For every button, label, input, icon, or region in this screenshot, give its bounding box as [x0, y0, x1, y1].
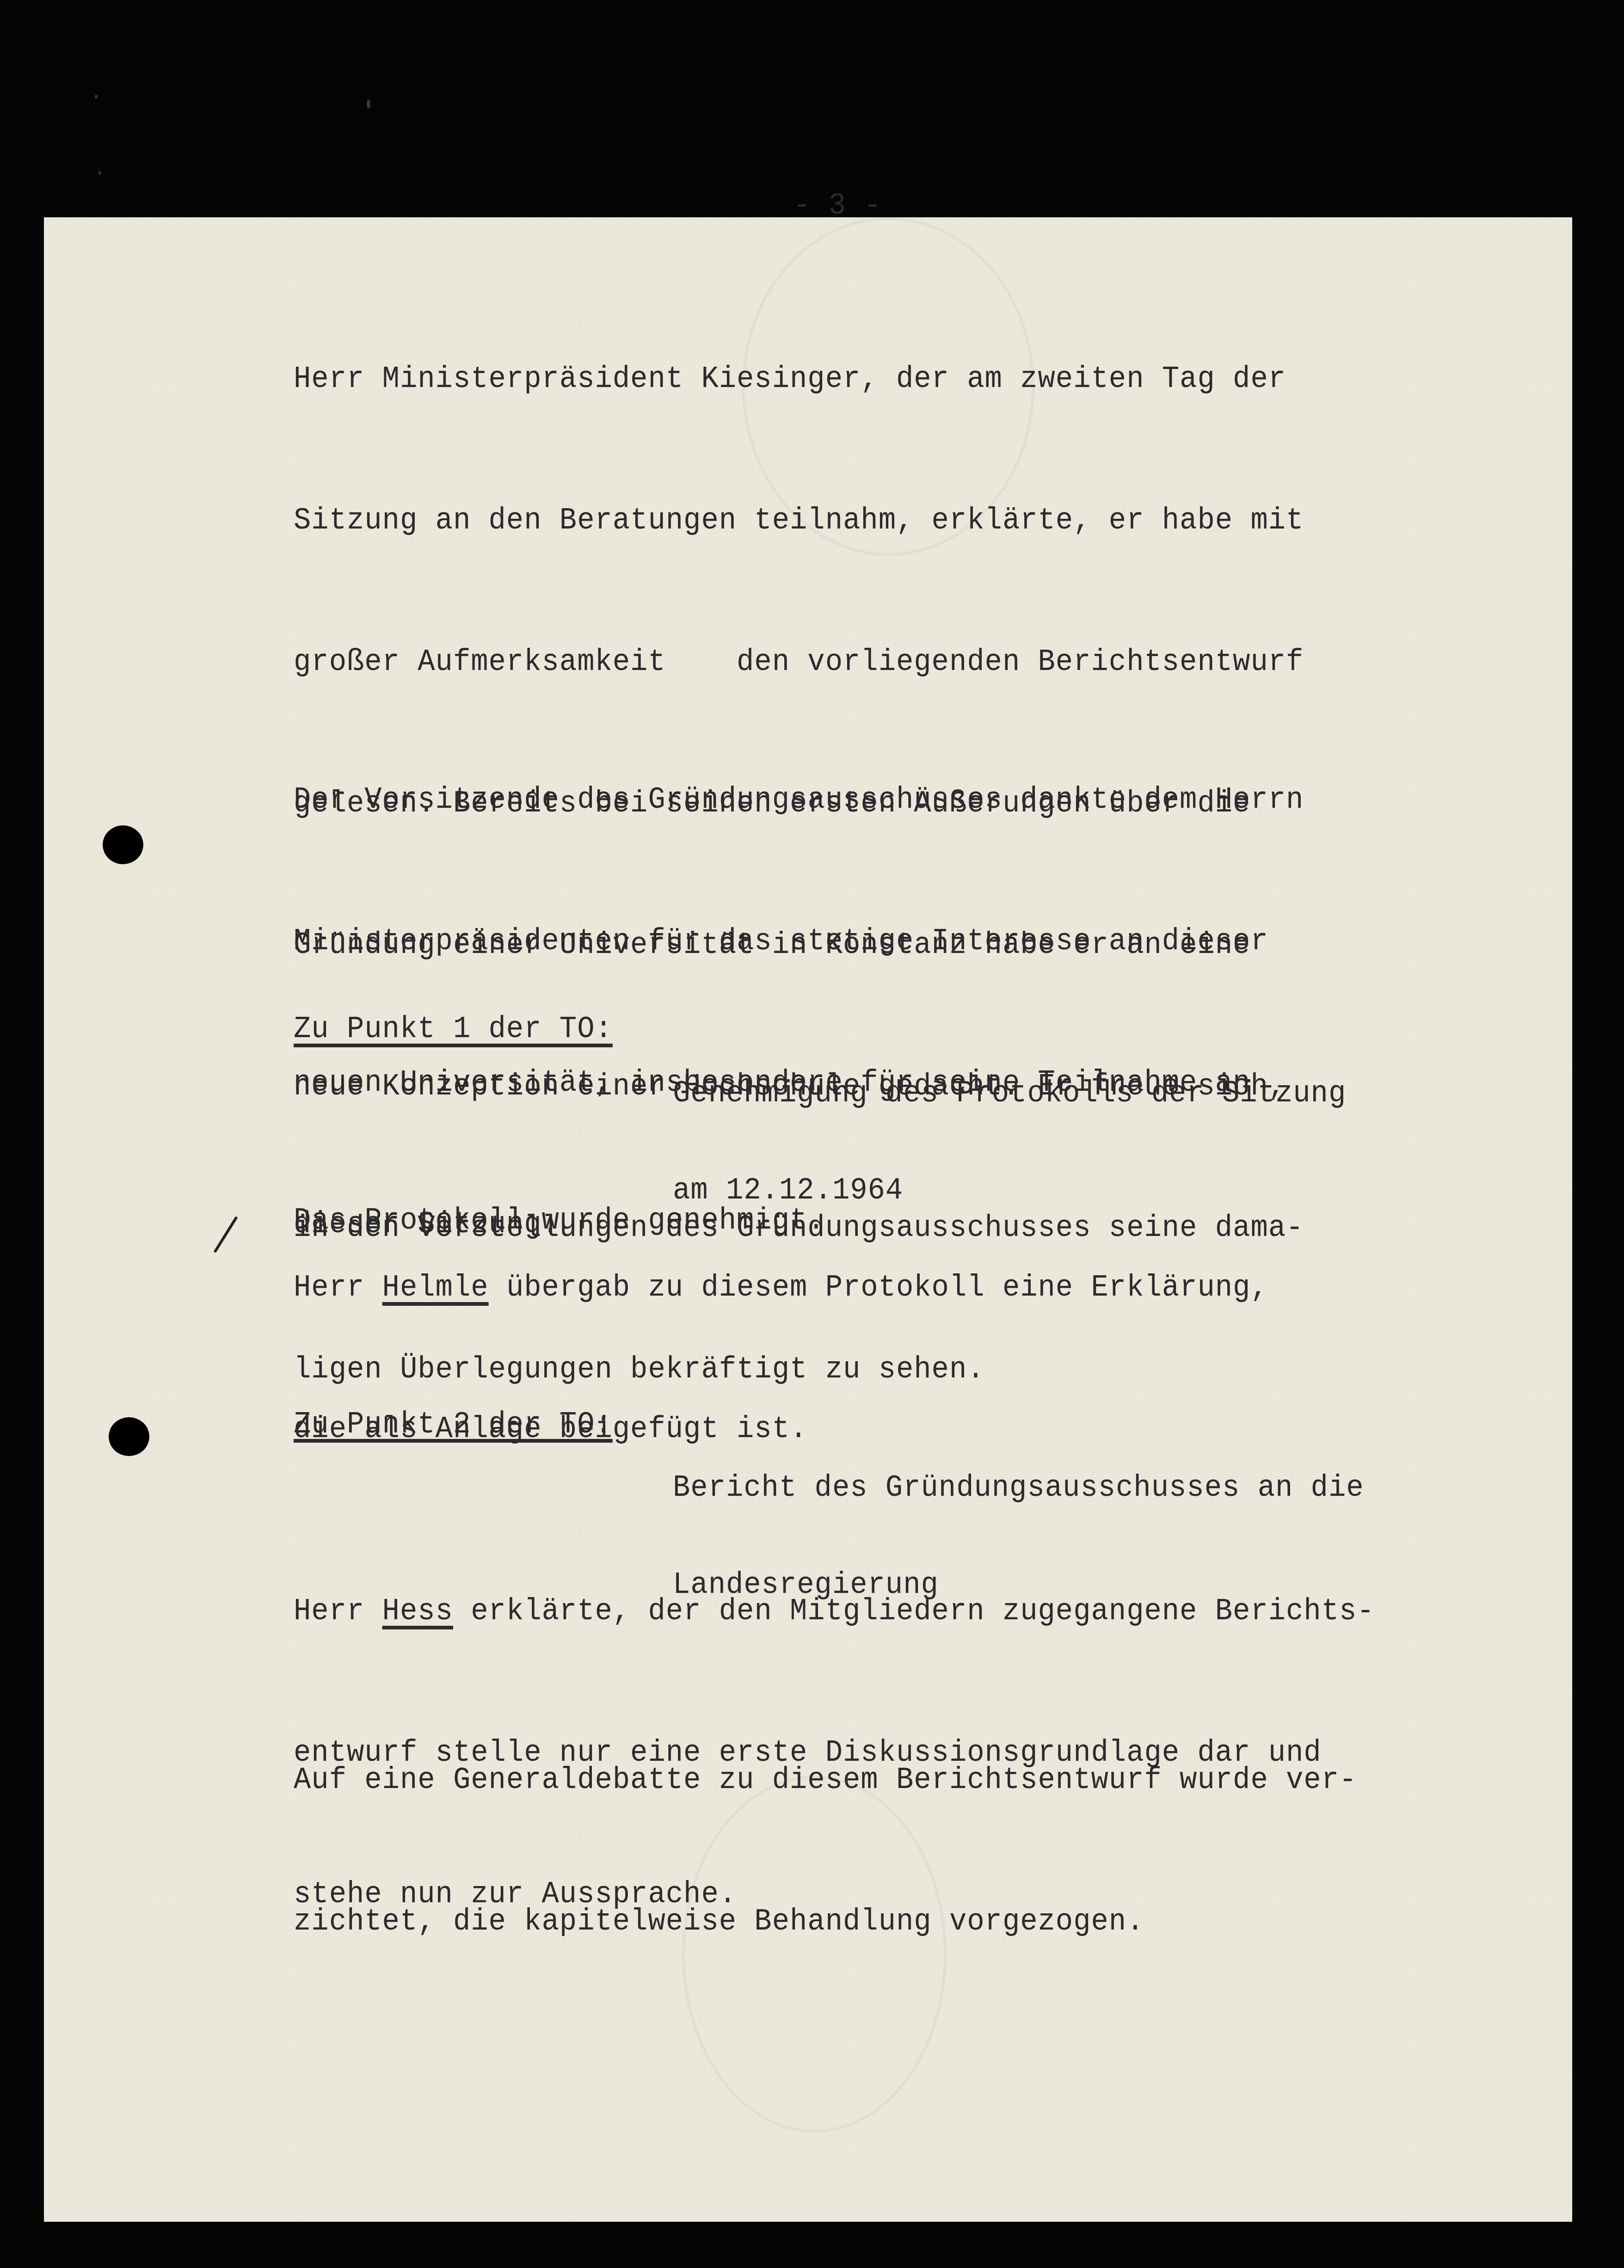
text-rest: übergab zu diesem Protokoll eine Erkläru…	[489, 1270, 1268, 1305]
text-line: Auf eine Generaldebatte zu diesem Berich…	[294, 1757, 1357, 1804]
underlined-name-helmle: Helmle	[382, 1270, 489, 1305]
page-number: - 3 -	[793, 187, 882, 224]
punch-hole-lower	[109, 1417, 149, 1456]
text-prefix: Herr	[294, 1270, 382, 1305]
text-line: Herr Hess erklärte, der den Mitgliedern …	[294, 1588, 1375, 1635]
text-line: Herr Helmle übergab zu diesem Protokoll …	[294, 1264, 1268, 1311]
text-line: großer Aufmerksamkeit den vorliegenden B…	[294, 639, 1304, 686]
text-prefix: Herr	[294, 1594, 382, 1629]
text-line: Der Vorsitzende des Gründungsausschusses…	[294, 776, 1304, 824]
text-line: Ministerpräsidenten für das stetige Inte…	[294, 918, 1304, 965]
paper-speck	[98, 171, 101, 175]
agenda-item-2-paragraph-general-debate: Auf eine Generaldebatte zu diesem Berich…	[294, 1662, 1357, 1992]
punch-hole-upper	[103, 825, 143, 864]
text-line: Sitzung an den Beratungen teilnahm, erkl…	[294, 497, 1304, 544]
text-rest: erklärte, der den Mitgliedern zugegangen…	[453, 1594, 1375, 1629]
text-line: zichtet, die kapitelweise Behandlung vor…	[294, 1898, 1357, 1945]
paper-speck	[367, 99, 370, 109]
text-line: Herr Ministerpräsident Kiesinger, der am…	[294, 356, 1304, 403]
agenda-item-2-label: Zu Punkt 2 der TO:	[294, 1401, 613, 1448]
underlined-name-hess: Hess	[382, 1594, 453, 1629]
agenda-item-1-label: Zu Punkt 1 der TO:	[294, 1006, 613, 1053]
paper-speck	[95, 95, 98, 98]
